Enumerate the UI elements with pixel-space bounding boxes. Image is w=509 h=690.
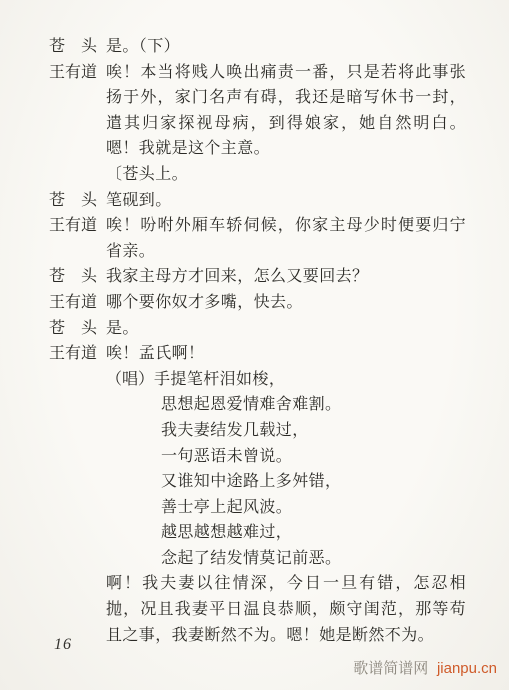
verse-text: 又谁知中途路上多舛错， xyxy=(106,469,466,495)
watermark: 歌谱简谱网 jianpu.cn xyxy=(353,657,497,678)
script-line: 又谁知中途路上多舛错， xyxy=(49,469,466,495)
script-line: 苍 头 我家主母方才回来，怎么又要回去？ xyxy=(49,264,466,290)
script-line: 我夫妻结发几载过， xyxy=(49,418,466,444)
verse-text: 我夫妻结发几载过， xyxy=(106,418,466,444)
script-line: （唱）手提笔杆泪如梭， xyxy=(49,367,466,393)
speaker-name: 王有道 xyxy=(49,341,106,367)
sing-label: （唱） xyxy=(106,371,154,388)
dialogue-text: 唉！吩咐外厢车轿伺候，你家主母少时便要归宁省亲。 xyxy=(106,213,466,264)
dialogue-text: 唉！孟氏啊！ xyxy=(106,341,466,367)
speaker-name: 苍 头 xyxy=(49,316,106,342)
page-number: 16 xyxy=(54,636,72,654)
script-line: 念起了结发情莫记前恶。 xyxy=(49,546,466,572)
speaker-name: 苍 头 xyxy=(49,264,106,290)
verse-text: 念起了结发情莫记前恶。 xyxy=(106,546,466,572)
verse-text: 善士亭上起风波。 xyxy=(106,495,466,521)
speaker-name: 苍 头 xyxy=(49,34,106,60)
aria-intro-line: （唱）手提笔杆泪如梭， xyxy=(106,367,466,393)
verse-text: 越思越想越难过， xyxy=(106,520,466,546)
script-line: 王有道 唉！本当将贱人唤出痛责一番，只是若将此事张扬于外，家门名声有碍，我还是暗… xyxy=(49,60,466,162)
dialogue-text: 是。（下） xyxy=(106,34,466,60)
dialogue-text: 哪个要你奴才多嘴，快去。 xyxy=(106,290,466,316)
speaker-name: 王有道 xyxy=(49,213,106,239)
dialogue-text: 笔砚到。 xyxy=(106,188,466,214)
script-line: 一句恶语未曾说。 xyxy=(49,444,466,470)
script-line: 善士亭上起风波。 xyxy=(49,495,466,521)
script-line: 王有道 唉！孟氏啊！ xyxy=(49,341,466,367)
speaker-name: 王有道 xyxy=(49,60,106,86)
watermark-site-name: 歌谱简谱网 xyxy=(353,661,428,677)
dialogue-text: 是。 xyxy=(106,316,466,342)
script-line: 啊！我夫妻以往情深，今日一旦有错，怎忍相抛，况且我妻平日温良恭顺，颇守闺范，那等… xyxy=(49,571,466,648)
scanned-script-page: 苍 头 是。（下） 王有道 唉！本当将贱人唤出痛责一番，只是若将此事张扬于外，家… xyxy=(0,0,509,690)
speaker-name: 王有道 xyxy=(49,290,106,316)
speaker-name: 苍 头 xyxy=(49,188,106,214)
verse-text: 一句恶语未曾说。 xyxy=(106,444,466,470)
script-line: 思想起恩爱情难舍难割。 xyxy=(49,392,466,418)
stage-direction-text: 〔苍头上。 xyxy=(106,162,466,188)
script-line: 苍 头 是。（下） xyxy=(49,34,466,60)
script-line: 王有道 哪个要你奴才多嘴，快去。 xyxy=(49,290,466,316)
speech-continuation-text: 啊！我夫妻以往情深，今日一旦有错，怎忍相抛，况且我妻平日温良恭顺，颇守闺范，那等… xyxy=(106,571,466,648)
verse-text: 手提笔杆泪如梭， xyxy=(154,371,285,388)
verse-text: 思想起恩爱情难舍难割。 xyxy=(106,392,466,418)
script-line: 越思越想越难过， xyxy=(49,520,466,546)
script-content: 苍 头 是。（下） 王有道 唉！本当将贱人唤出痛责一番，只是若将此事张扬于外，家… xyxy=(49,34,466,648)
script-line: 王有道 唉！吩咐外厢车轿伺候，你家主母少时便要归宁省亲。 xyxy=(49,213,466,264)
script-line: 〔苍头上。 xyxy=(49,162,466,188)
script-line: 苍 头 是。 xyxy=(49,316,466,342)
watermark-site-url: jianpu.cn xyxy=(437,660,497,677)
dialogue-text: 唉！本当将贱人唤出痛责一番，只是若将此事张扬于外，家门名声有碍，我还是暗写休书一… xyxy=(106,60,466,162)
dialogue-text: 我家主母方才回来，怎么又要回去？ xyxy=(106,264,466,290)
script-line: 苍 头 笔砚到。 xyxy=(49,188,466,214)
